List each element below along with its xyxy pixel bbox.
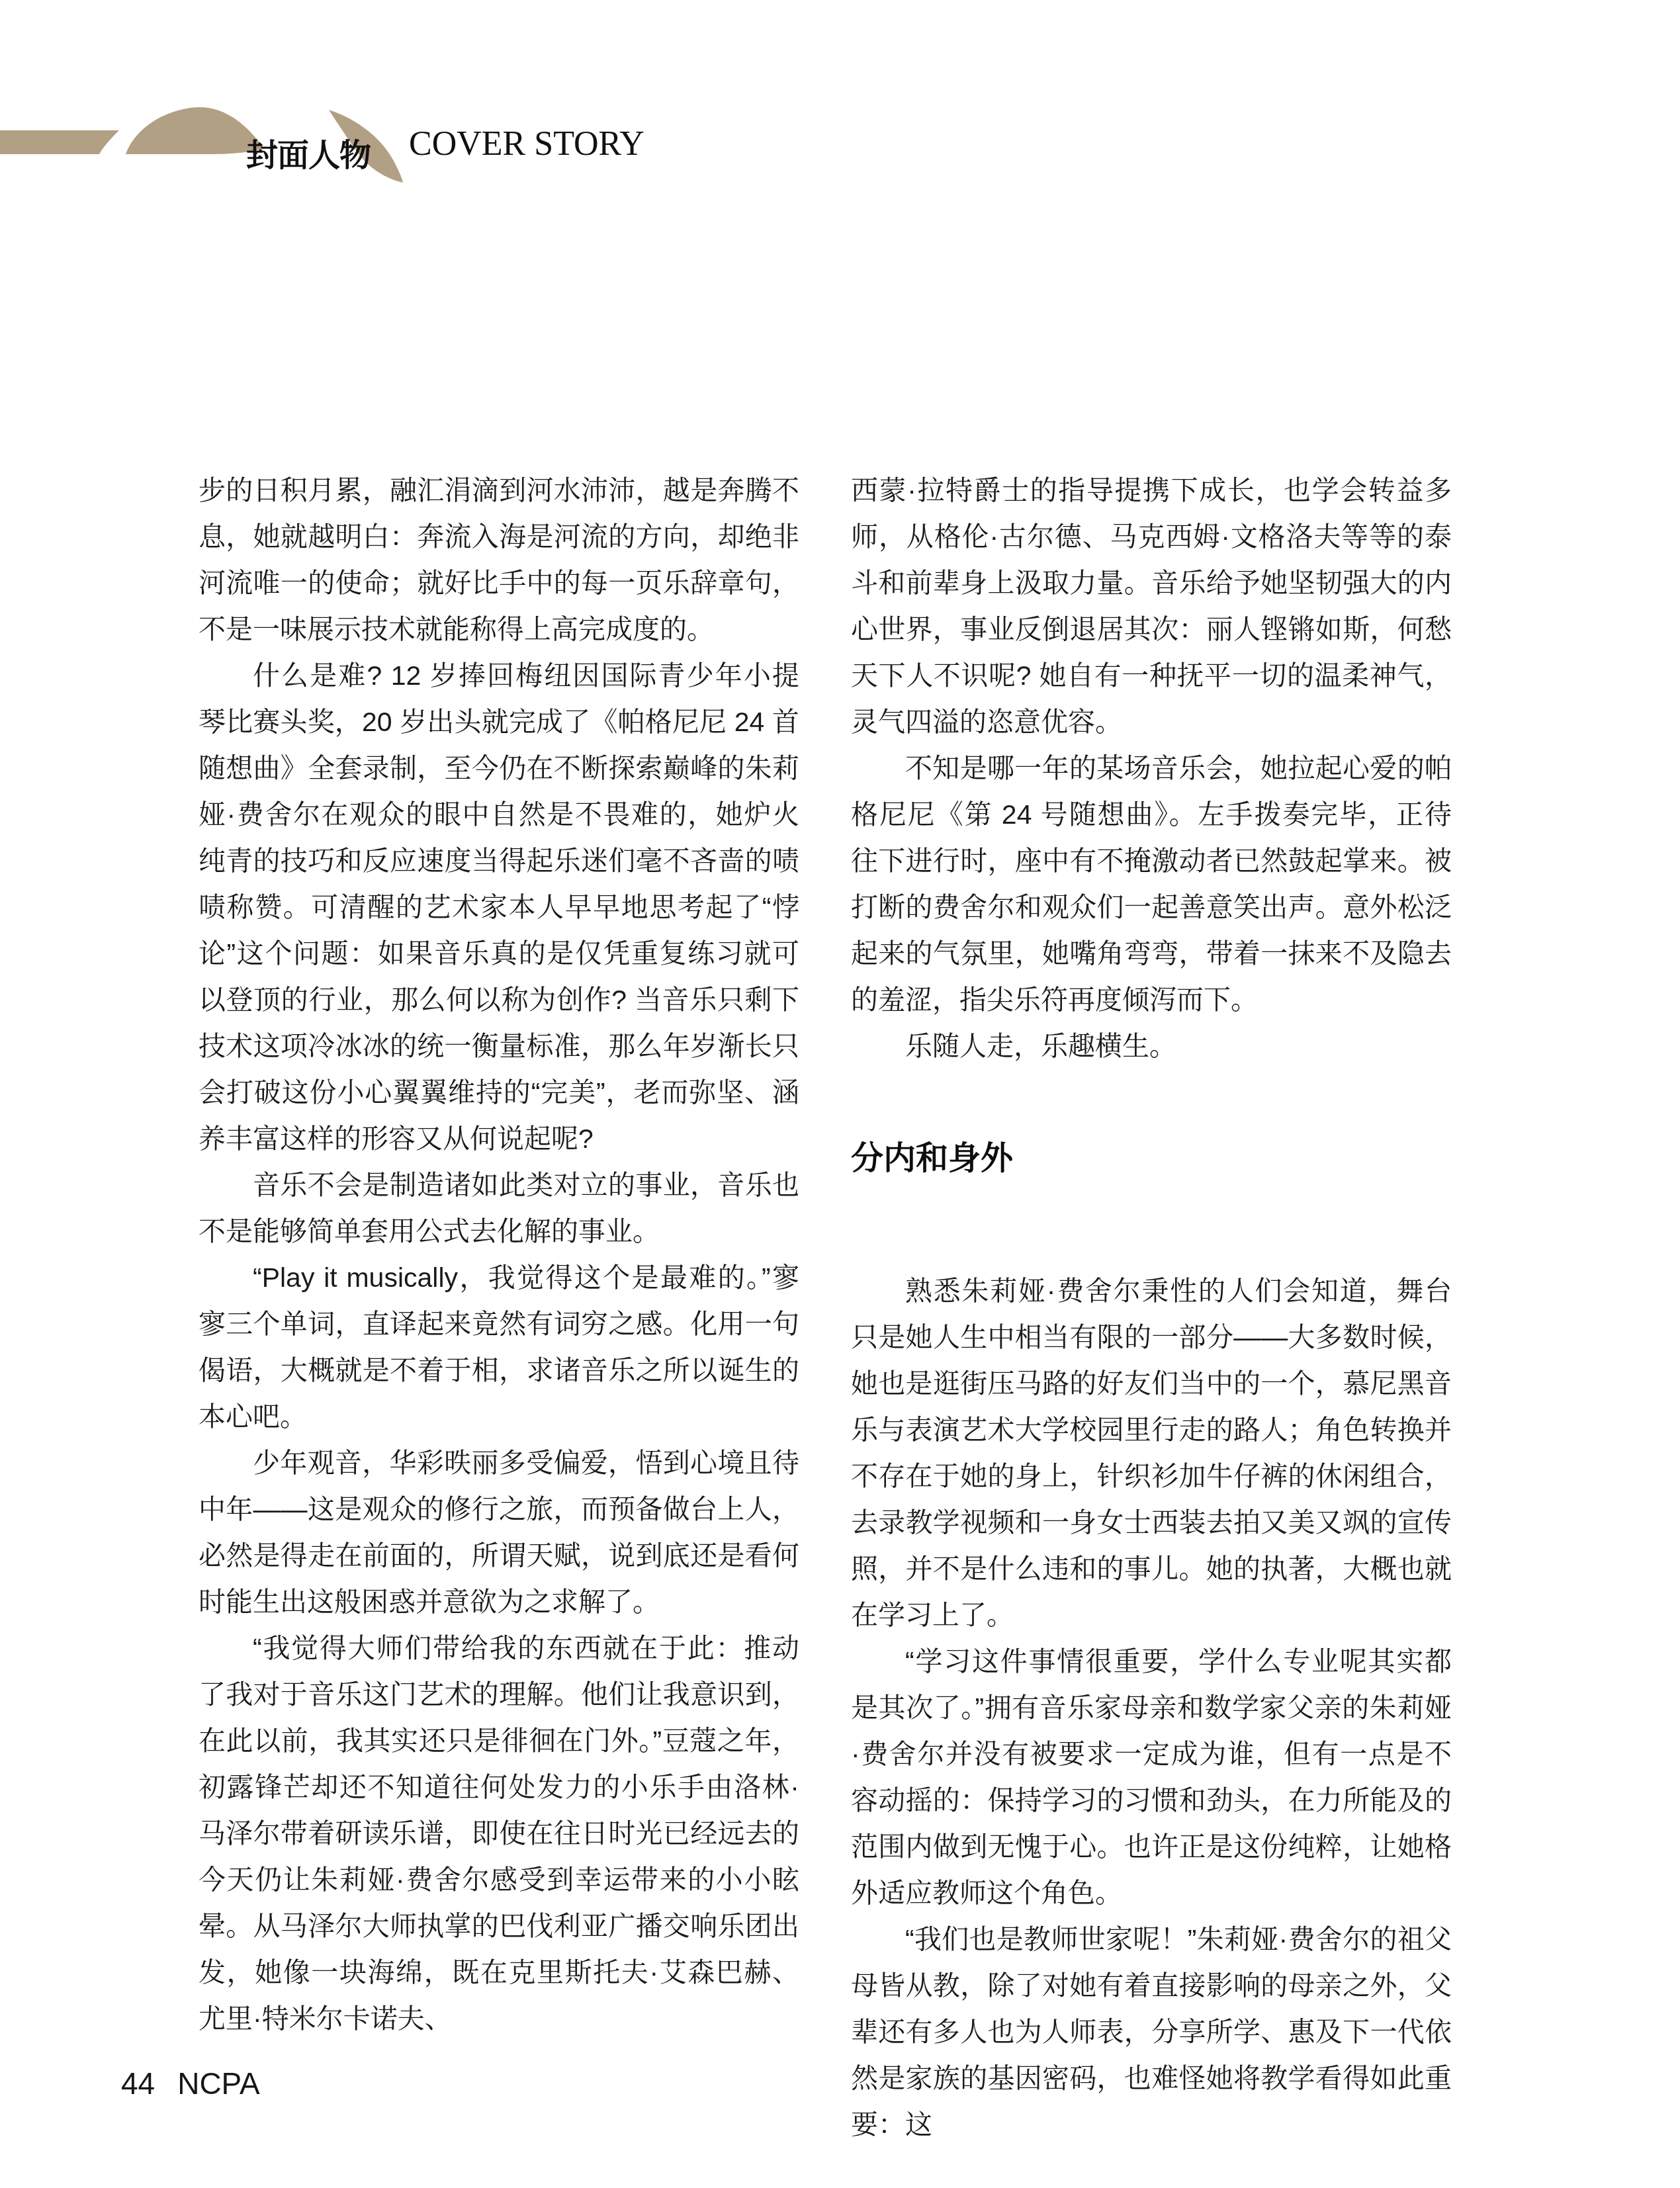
leaf-ornament-icon — [126, 107, 264, 154]
magazine-page: 封面人物 COVER STORY 步的日积月累，融汇涓滴到河水沛沛，越是奔腾不息… — [0, 0, 1680, 2188]
body-paragraph: “我觉得大师们带给我的东西就在于此：推动了我对于音乐这门艺术的理解。他们让我意识… — [199, 1625, 799, 2042]
header-bar-shape — [0, 130, 119, 154]
body-paragraph: “学习这件事情很重要，学什么专业呢其实都是其次了。”拥有音乐家母亲和数学家父亲的… — [851, 1638, 1452, 1916]
page-number: 44 — [121, 2066, 155, 2101]
body-paragraph: 少年观音，华彩昳丽多受偏爱，悟到心境且待中年——这是观众的修行之旅，而预备做台上… — [199, 1440, 799, 1625]
body-paragraph: 步的日积月累，融汇涓滴到河水沛沛，越是奔腾不息，她就越明白：奔流入海是河流的方向… — [199, 467, 799, 652]
section-title-en: COVER STORY — [409, 124, 644, 163]
body-paragraph: 音乐不会是制造诸如此类对立的事业，音乐也不是能够简单套用公式去化解的事业。 — [199, 1162, 799, 1254]
body-paragraph: 不知是哪一年的某场音乐会，她拉起心爱的帕格尼尼《第 24 号随想曲》。左手拨奏完… — [851, 745, 1452, 1023]
body-paragraph: 什么是难? 12 岁捧回梅纽因国际青少年小提琴比赛头奖，20 岁出头就完成了《帕… — [199, 652, 799, 1162]
body-paragraph: “我们也是教师世家呢！”朱莉娅·费舍尔的祖父母皆从教，除了对她有着直接影响的母亲… — [851, 1916, 1452, 2148]
header-ornament-icon — [0, 0, 463, 198]
body-paragraph: 熟悉朱莉娅·费舍尔秉性的人们会知道，舞台只是她人生中相当有限的一部分——大多数时… — [851, 1268, 1452, 1638]
body-paragraph: 乐随人走，乐趣横生。 — [851, 1023, 1452, 1069]
left-column: 步的日积月累，融汇涓滴到河水沛沛，越是奔腾不息，她就越明白：奔流入海是河流的方向… — [199, 467, 799, 2042]
body-paragraph: “Play it musically，我觉得这个是最难的。”寥寥三个单词，直译起… — [199, 1254, 799, 1440]
page-footer: 44NCPA — [121, 2066, 260, 2101]
body-paragraph: 西蒙·拉特爵士的指导提携下成长，也学会转益多师，从格伦·古尔德、马克西姆·文格洛… — [851, 467, 1452, 745]
section-heading: 分内和身外 — [851, 1135, 1452, 1182]
right-column: 西蒙·拉特爵士的指导提携下成长，也学会转益多师，从格伦·古尔德、马克西姆·文格洛… — [851, 467, 1452, 2148]
journal-code: NCPA — [177, 2066, 259, 2101]
section-title-zh: 封面人物 — [246, 130, 371, 175]
